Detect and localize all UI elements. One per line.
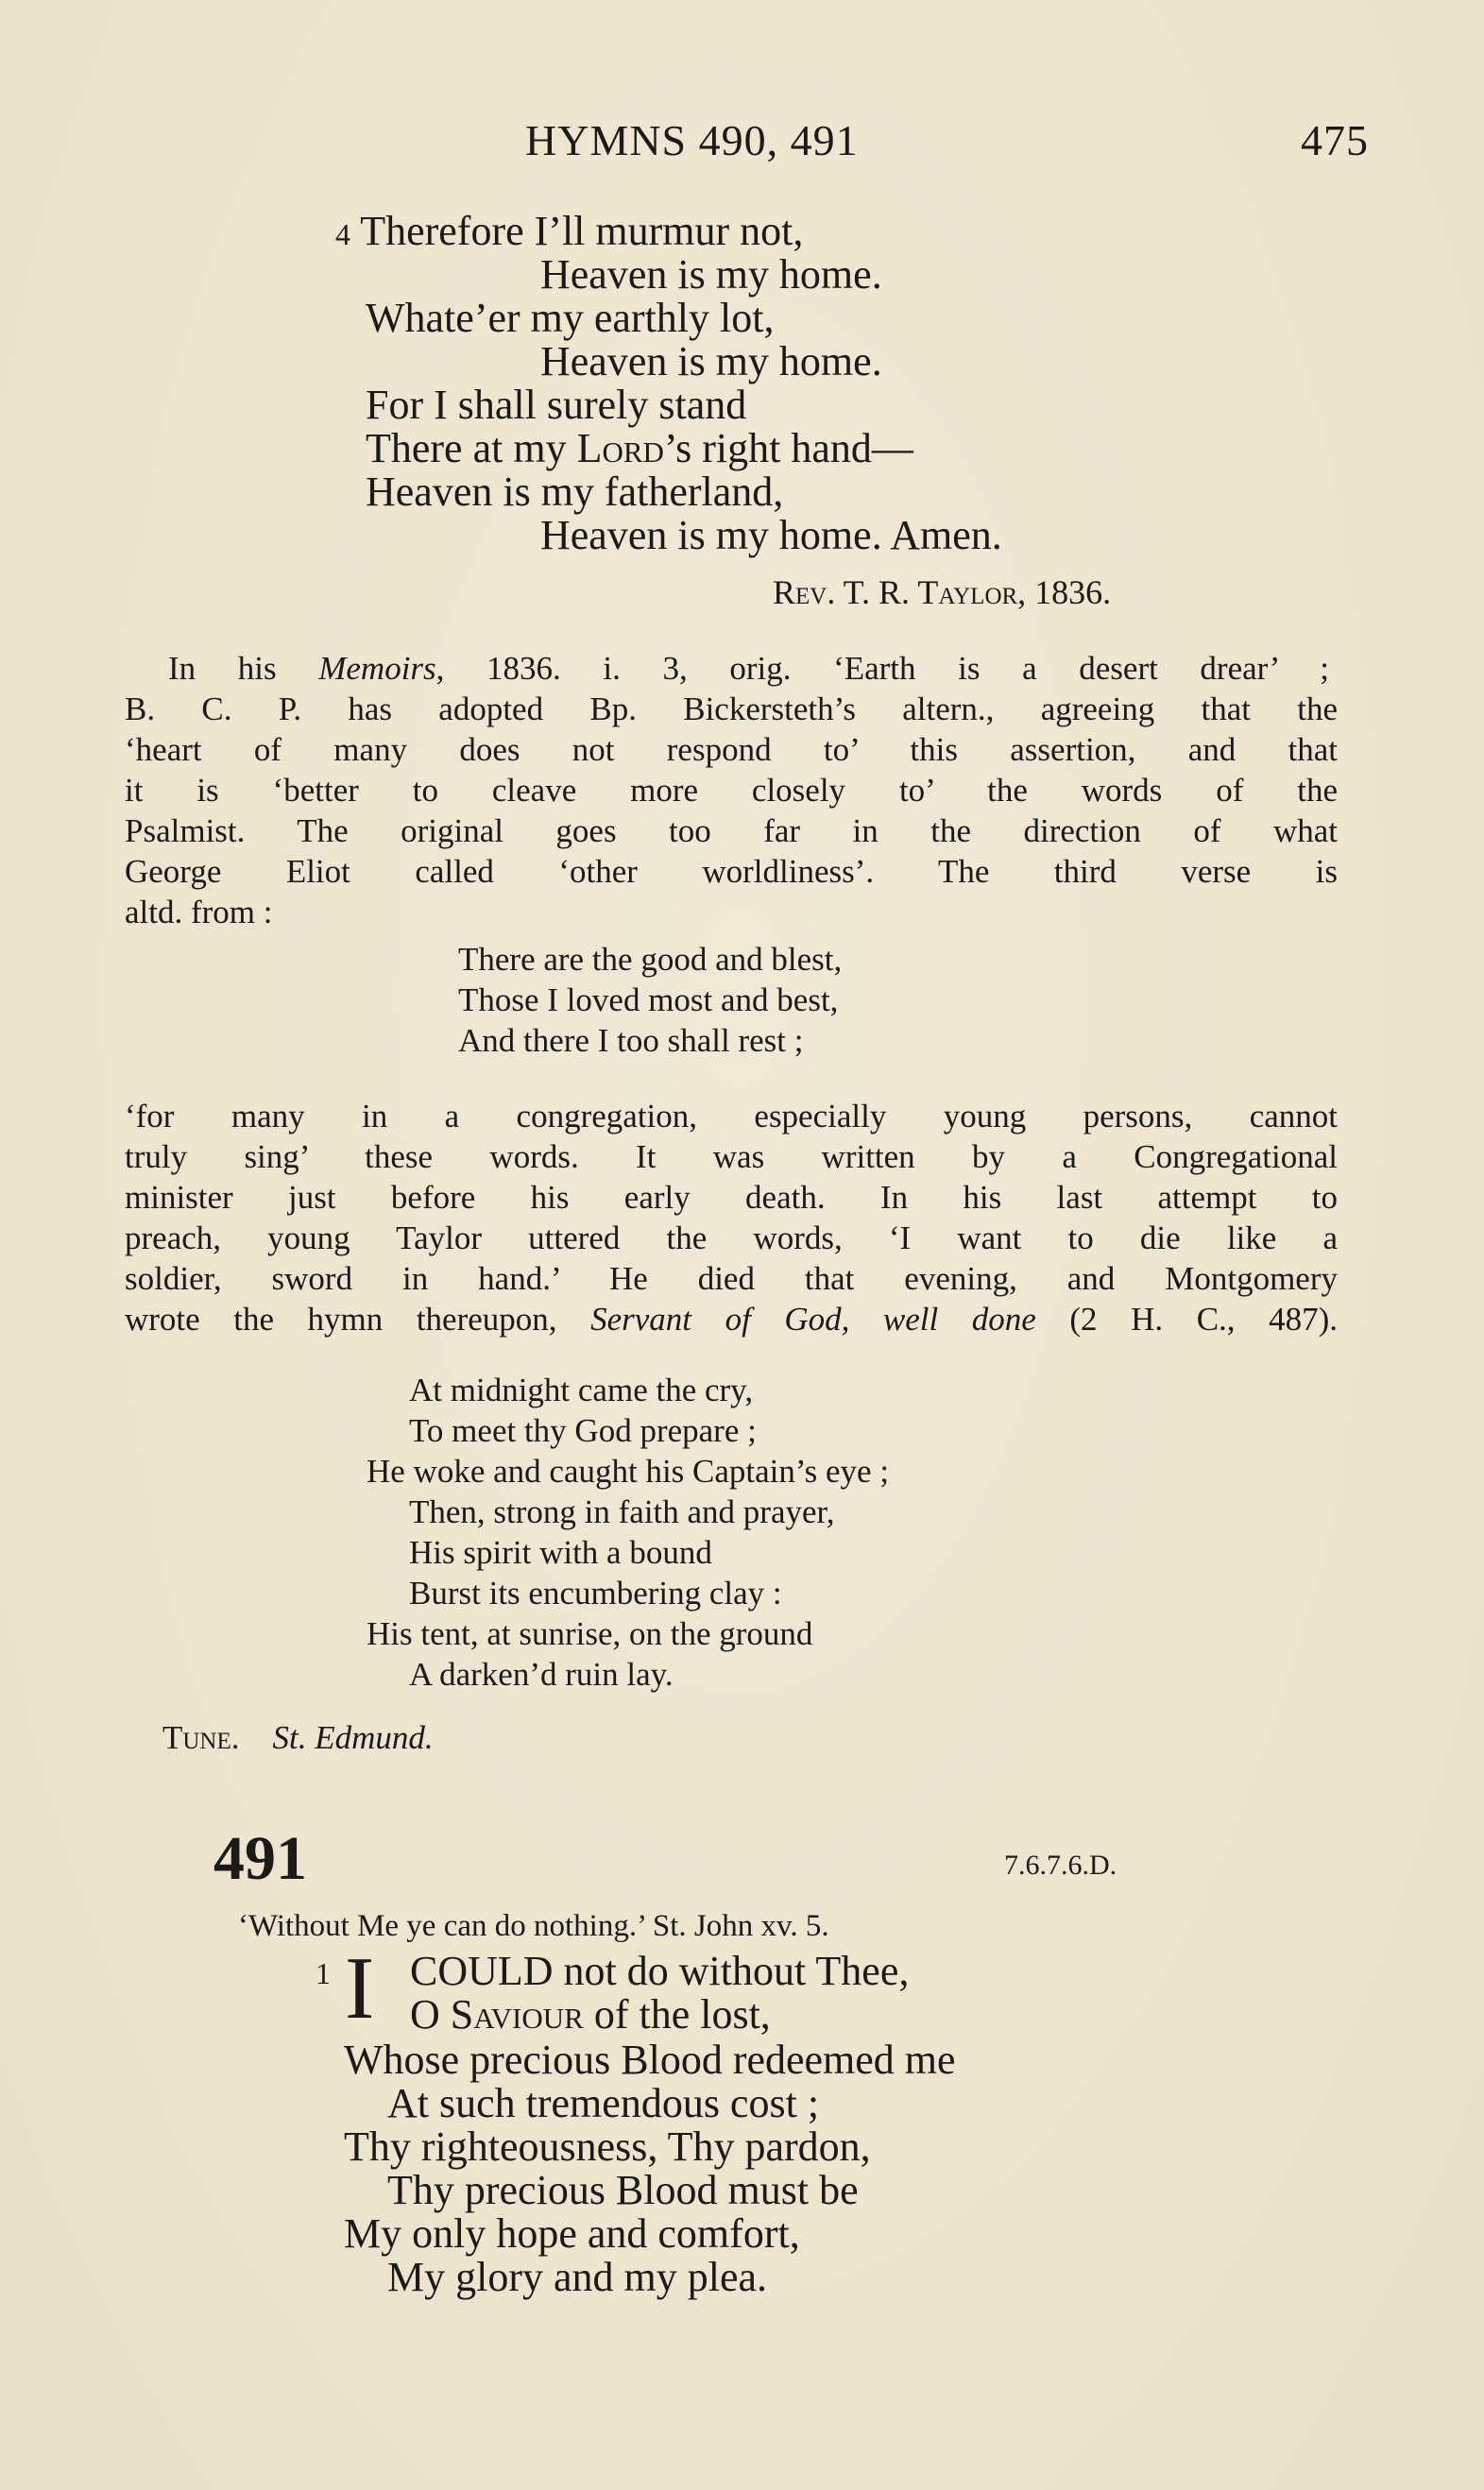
commentary-line: B. C. P. has adopted Bp. Bickersteth’s a… (125, 689, 1338, 729)
tune-line: Tune. St. Edmund. (162, 1717, 434, 1758)
commentary-line: soldier, sword in hand.’ He died that ev… (125, 1258, 1338, 1299)
commentary-line: ‘for many in a congregation, especially … (125, 1096, 1338, 1136)
verse-line: Thy precious Blood must be (387, 2169, 859, 2212)
quoted-line: Then, strong in faith and prayer, (409, 1492, 835, 1532)
verse-line: Heaven is my home. (540, 253, 882, 297)
commentary-line: truly sing’ these words. It was written … (125, 1136, 1338, 1177)
quoted-line: His tent, at sunrise, on the ground (367, 1613, 812, 1654)
verse-line: My only hope and comfort, (344, 2212, 800, 2256)
quoted-line: At midnight came the cry, (409, 1370, 753, 1410)
verse-line: My glory and my plea. (387, 2256, 767, 2299)
verse-number: 1 (316, 1952, 331, 1995)
hymn-meter: 7.6.7.6.D. (1004, 1850, 1117, 1882)
commentary-line: wrote the hymn thereupon, Servant of God… (125, 1299, 1338, 1339)
quoted-line: Burst its encumbering clay : (409, 1573, 782, 1613)
commentary-line: minister just before his early death. In… (125, 1177, 1338, 1218)
verse-line: Therefore I’ll murmur not, (360, 208, 803, 254)
running-title: HYMNS 490, 491 (525, 115, 859, 165)
book-page: HYMNS 490, 491 475 4 Therefore I’ll murm… (0, 0, 1484, 2490)
verse-number: 4 (335, 217, 350, 251)
tune-name: St. Edmund. (273, 1719, 434, 1756)
saviour-small-caps: Saviour (451, 1991, 584, 2038)
verse-line: For I shall surely stand (366, 384, 746, 427)
memoirs-title: Memoirs (318, 650, 435, 687)
hymn-epigraph: ‘Without Me ye can do nothing.’ St. John… (238, 1906, 829, 1947)
drop-cap: I (345, 1944, 374, 2033)
hymn-number: 491 (213, 1823, 307, 1895)
quoted-line: And there I too shall rest ; (458, 1020, 803, 1061)
verse-line: Heaven is my home. Amen. (540, 514, 1002, 557)
verse-line: Thy righteousness, Thy pardon, (344, 2125, 871, 2169)
quoted-line: To meet thy God prepare ; (409, 1410, 757, 1451)
verse-line: COULD not do without Thee, (410, 1950, 909, 1993)
commentary-line: it is ‘better to cleave more closely to’… (125, 770, 1338, 810)
quoted-line: Those I loved most and best, (458, 980, 838, 1020)
commentary-line: Psalmist. The original goes too far in t… (125, 810, 1338, 851)
verse-line: Heaven is my fatherland, (366, 470, 783, 514)
verse-line: O Saviour of the lost, (410, 1993, 771, 2037)
commentary-line: ‘heart of many does not respond to’ this… (125, 729, 1338, 770)
lord-small-caps: Lord (577, 425, 664, 471)
commentary-line: preach, young Taylor uttered the words, … (125, 1218, 1338, 1258)
verse-line: Whate’er my earthly lot, (366, 297, 774, 340)
quoted-line: He woke and caught his Captain’s eye ; (367, 1451, 889, 1492)
author-attribution: Rev. T. R. Taylor, 1836. (773, 572, 1111, 613)
commentary-line: altd. from : (125, 892, 273, 932)
quoted-line: His spirit with a bound (409, 1532, 712, 1573)
tune-label: Tune. (162, 1719, 240, 1756)
commentary-line: In his Memoirs, 1836. i. 3, orig. ‘Earth… (168, 648, 1329, 689)
verse-line: Heaven is my home. (540, 340, 882, 384)
page-number: 475 (1301, 115, 1369, 165)
verse-line: Whose precious Blood redeemed me (344, 2038, 956, 2082)
quoted-line: A darken’d ruin lay. (409, 1654, 674, 1695)
quoted-line: There are the good and blest, (458, 939, 842, 980)
verse-line: There at my Lord’s right hand— (366, 427, 913, 470)
verse-line: At such tremendous cost ; (387, 2082, 819, 2125)
cross-reference-title: Servant of God, well done (590, 1301, 1036, 1338)
commentary-line: George Eliot called ‘other worldliness’.… (125, 851, 1338, 892)
